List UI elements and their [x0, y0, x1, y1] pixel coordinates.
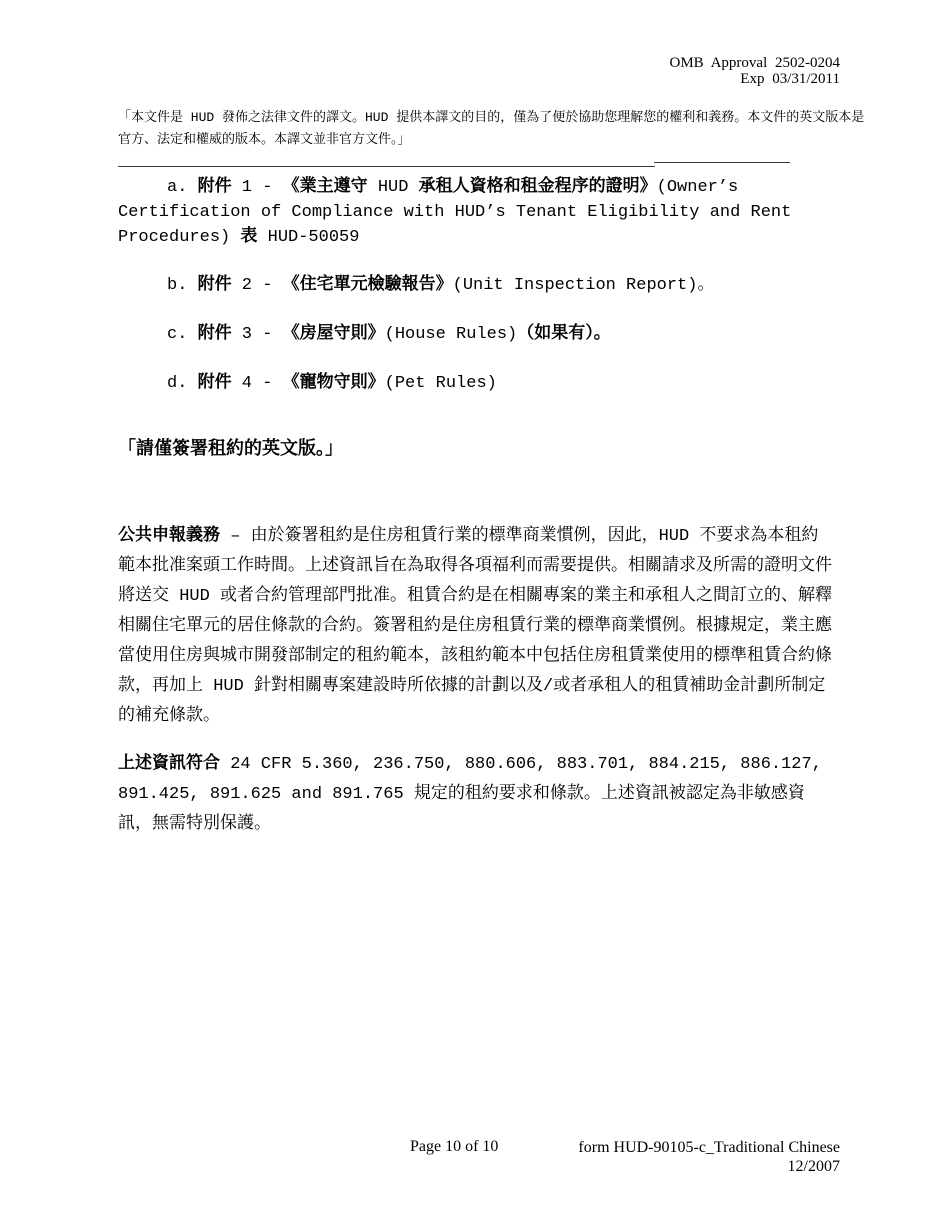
text-segment: 相關住宅單元的居住條款的合約。簽署租約是住房租賃行業的標準商業慣例。根據規定，業…	[118, 617, 832, 636]
form-number: form HUD-90105-c_Traditional Chinese	[578, 1138, 840, 1157]
form-date: 12/2007	[578, 1157, 840, 1176]
text-line: Procedures) 表 HUD-50059	[118, 225, 898, 250]
text-line: 「本文件是 HUD 發佈之法律文件的譯文。HUD 提供本譯文的目的，僅為了便於協…	[118, 107, 842, 129]
emphasized-text-segment: 附件	[198, 325, 232, 344]
attachment-item-c: c. 附件 3 - 《房屋守則》(House Rules)（如果有）。	[118, 322, 898, 347]
text-segment: c.	[167, 325, 198, 344]
emphasized-text-segment: 表	[240, 228, 257, 247]
text-line: a. 附件 1 - 《業主遵守 HUD 承租人資格和租金程序的證明》(Owner…	[118, 175, 898, 200]
emphasized-text-segment: 公共申報義務	[118, 527, 220, 546]
text-segment: 3 -	[232, 325, 283, 344]
emphasized-text-segment: 承租人資格和租金程序的證明》	[419, 178, 657, 197]
emphasized-text-segment: 附件	[198, 276, 232, 295]
form-identifier-block: form HUD-90105-c_Traditional Chinese 12/…	[578, 1138, 840, 1176]
text-line: c. 附件 3 - 《房屋守則》(House Rules)（如果有）。	[118, 322, 898, 347]
text-segment: d.	[167, 374, 198, 393]
attachment-item-b: b. 附件 2 - 《住宅單元檢驗報告》(Unit Inspection Rep…	[118, 273, 898, 298]
text-line: 的補充條款。	[118, 702, 898, 732]
horizontal-rule-left	[118, 166, 655, 167]
text-segment: 4 -	[232, 374, 283, 393]
emphasized-text-segment: 《住宅單元檢驗報告》	[283, 276, 453, 295]
text-line: 範本批准案頭工作時間。上述資訊旨在為取得各項福利而需要提供。相關請求及所需的證明…	[118, 552, 898, 582]
text-segment: 款，再加上 HUD 針對相關專案建設時所依據的計劃以及/或者承租人的租賃補助金計…	[118, 677, 825, 696]
text-segment: 2 -	[232, 276, 283, 295]
text-line: 相關住宅單元的居住條款的合約。簽署租約是住房租賃行業的標準商業慣例。根據規定，業…	[118, 612, 898, 642]
text-segment: HUD-50059	[257, 228, 359, 247]
text-segment: 24 CFR 5.360, 236.750, 880.606, 883.701,…	[220, 755, 822, 774]
text-segment: a.	[167, 178, 198, 197]
text-line: 將送交 HUD 或者合約管理部門批准。租賃合約是在相關專案的業主和承租人之間訂立…	[118, 582, 898, 612]
public-reporting-paragraph: 公共申報義務 – 由於簽署租約是住房租賃行業的標準商業慣例，因此，HUD 不要求…	[118, 522, 898, 732]
text-line: Certification of Compliance with HUD’s T…	[118, 200, 898, 225]
emphasized-text-segment: 《寵物守則》	[283, 374, 385, 393]
text-segment: 訊，無需特別保護。	[118, 815, 271, 834]
text-segment: 將送交 HUD 或者合約管理部門批准。租賃合約是在相關專案的業主和承租人之間訂立…	[118, 587, 832, 606]
translation-disclaimer: 「本文件是 HUD 發佈之法律文件的譯文。HUD 提供本譯文的目的，僅為了便於協…	[118, 107, 842, 151]
text-segment: b.	[167, 276, 198, 295]
emphasized-text-segment: 《房屋守則》	[283, 325, 385, 344]
text-segment: 「本文件是 HUD 發佈之法律文件的譯文。HUD 提供本譯文的目的，僅為了便於協…	[118, 110, 864, 125]
omb-approval-block: OMB Approval 2502-0204 Exp 03/31/2011	[670, 55, 841, 87]
attachment-item-d: d. 附件 4 - 《寵物守則》(Pet Rules)	[118, 371, 898, 396]
attachment-item-a: a. 附件 1 - 《業主遵守 HUD 承租人資格和租金程序的證明》(Owner…	[118, 175, 898, 250]
page-number: Page 10 of 10	[410, 1138, 498, 1156]
horizontal-rule-right	[654, 162, 790, 163]
text-segment: (House Rules)	[385, 325, 518, 344]
text-segment: Procedures)	[118, 228, 240, 247]
text-line: 公共申報義務 – 由於簽署租約是住房租賃行業的標準商業慣例，因此，HUD 不要求…	[118, 522, 898, 552]
emphasized-text-segment: 《業主遵守	[283, 178, 368, 197]
text-line: b. 附件 2 - 《住宅單元檢驗報告》(Unit Inspection Rep…	[118, 273, 898, 298]
text-segment: 891.425, 891.625 and 891.765 規定的租約要求和條款。…	[118, 785, 805, 804]
omb-expiration-date: Exp 03/31/2011	[670, 71, 841, 87]
text-segment: (Pet Rules)	[385, 374, 497, 393]
text-line: 官方、法定和權威的版本。本譯文並非官方文件。」	[118, 129, 842, 151]
text-line: d. 附件 4 - 《寵物守則》(Pet Rules)	[118, 371, 898, 396]
text-line: 款，再加上 HUD 針對相關專案建設時所依據的計劃以及/或者承租人的租賃補助金計…	[118, 672, 898, 702]
text-line: 當使用住房與城市開發部制定的租約範本，該租約範本中包括住房租賃業使用的標準租賃合…	[118, 642, 898, 672]
english-version-sign-notice: 「請僅簽署租約的英文版。」	[118, 434, 343, 460]
emphasized-text-segment: 附件	[198, 178, 232, 197]
emphasized-text-segment: 上述資訊符合	[118, 755, 220, 774]
text-segment: 當使用住房與城市開發部制定的租約範本，該租約範本中包括住房租賃業使用的標準租賃合…	[118, 647, 832, 666]
text-segment: 官方、法定和權威的版本。本譯文並非官方文件。」	[118, 132, 411, 147]
text-segment: – 由於簽署租約是住房租賃行業的標準商業慣例，因此，HUD 不要求為本租約	[220, 527, 818, 546]
text-segment: (Unit Inspection Report)。	[453, 276, 715, 295]
text-line: 上述資訊符合 24 CFR 5.360, 236.750, 880.606, 8…	[118, 750, 898, 780]
text-segment: HUD	[368, 178, 419, 197]
text-segment: Certification of Compliance with HUD’s T…	[118, 203, 791, 222]
text-segment: 1 -	[232, 178, 283, 197]
text-line: 訊，無需特別保護。	[118, 810, 898, 840]
text-segment: 的補充條款。	[118, 707, 220, 726]
omb-approval-number: OMB Approval 2502-0204	[670, 55, 841, 71]
emphasized-text-segment: 附件	[198, 374, 232, 393]
emphasized-text-segment: （如果有）。	[517, 325, 611, 344]
cfr-compliance-paragraph: 上述資訊符合 24 CFR 5.360, 236.750, 880.606, 8…	[118, 750, 898, 840]
text-segment: 範本批准案頭工作時間。上述資訊旨在為取得各項福利而需要提供。相關請求及所需的證明…	[118, 557, 832, 576]
text-segment: (Owner’s	[657, 178, 739, 197]
document-page: OMB Approval 2502-0204 Exp 03/31/2011 「本…	[0, 0, 950, 1230]
text-line: 891.425, 891.625 and 891.765 規定的租約要求和條款。…	[118, 780, 898, 810]
